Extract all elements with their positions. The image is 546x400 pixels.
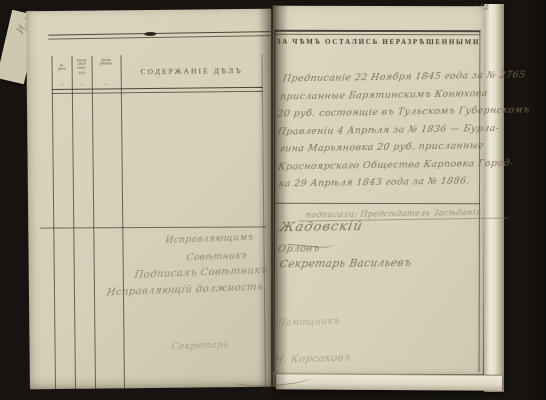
table-right-edge-line: [261, 54, 265, 387]
table-col1-header: № дѣлъ: [54, 64, 70, 72]
ink-blot: [144, 31, 156, 35]
table-column-line: [120, 55, 124, 388]
entry-line: ка 29 Апрѣля 1843 года за № 1886.: [278, 175, 471, 189]
table-col1-header-line: дѣлъ: [54, 68, 70, 72]
table-col2-header: Когда дѣло нача- лось: [74, 59, 90, 75]
page-edge-stack: [484, 4, 504, 392]
faint-note: Н. Корсаковъ: [274, 353, 352, 366]
table-col2-header-line: лось: [74, 71, 90, 75]
contents-column-header: СОДЕРЖАНІЕ ДѢЛЪ: [121, 66, 263, 76]
entry-line: Правленіи 4 Апрѣля за № 1836 — Бурла-: [277, 122, 500, 137]
scan-root: 342 И. пр. 1844 № дѣлъ Когда дѣло нача- …: [0, 0, 546, 400]
entry-line: присланные Барятинскимъ Конюхова: [279, 88, 488, 102]
table-col3-foot-mark: —: [95, 82, 118, 87]
table-column-line: [71, 56, 75, 389]
faint-note: Помощникъ: [277, 317, 341, 329]
table-mid-rule: [40, 226, 266, 228]
table-column-line: [91, 56, 95, 389]
table-header-underline-2: [52, 90, 263, 93]
entry-line: Красноярскаго Общества Карповка Город-: [277, 157, 514, 172]
table-col2-foot-mark: —: [74, 82, 90, 87]
entry-paragraph: Предписаніе 22 Ноября 1845 года за № 276…: [271, 4, 486, 207]
signature-secretary: Секретарь Васильевъ: [279, 257, 413, 270]
left-page: № дѣлъ Когда дѣло нача- лось Когда рѣшен…: [26, 9, 276, 390]
table-col3-header: Когда рѣшено: [95, 58, 118, 66]
right-page: ЗА ЧѢМЪ ОСТАЛИСЬ НЕРАЗРѢШЕННЫМИ Предписа…: [272, 6, 485, 375]
entry-line: гина Марьяновка 20 руб. присланные: [279, 140, 485, 154]
signature-member: Орловъ: [277, 243, 321, 255]
book-cover-shadow: [528, 0, 546, 400]
table-column-line: [51, 56, 55, 389]
register-table: № дѣлъ Когда дѣло нача- лось Когда рѣшен…: [51, 54, 265, 389]
signature-chairman: Жадовскій: [278, 219, 364, 235]
gutter-fold-line: [271, 6, 273, 392]
table-col1-foot-mark: —: [54, 82, 70, 87]
left-note-secretary: Секретарь: [171, 340, 229, 352]
table-col3-header-line: Когда рѣшено: [95, 58, 118, 66]
